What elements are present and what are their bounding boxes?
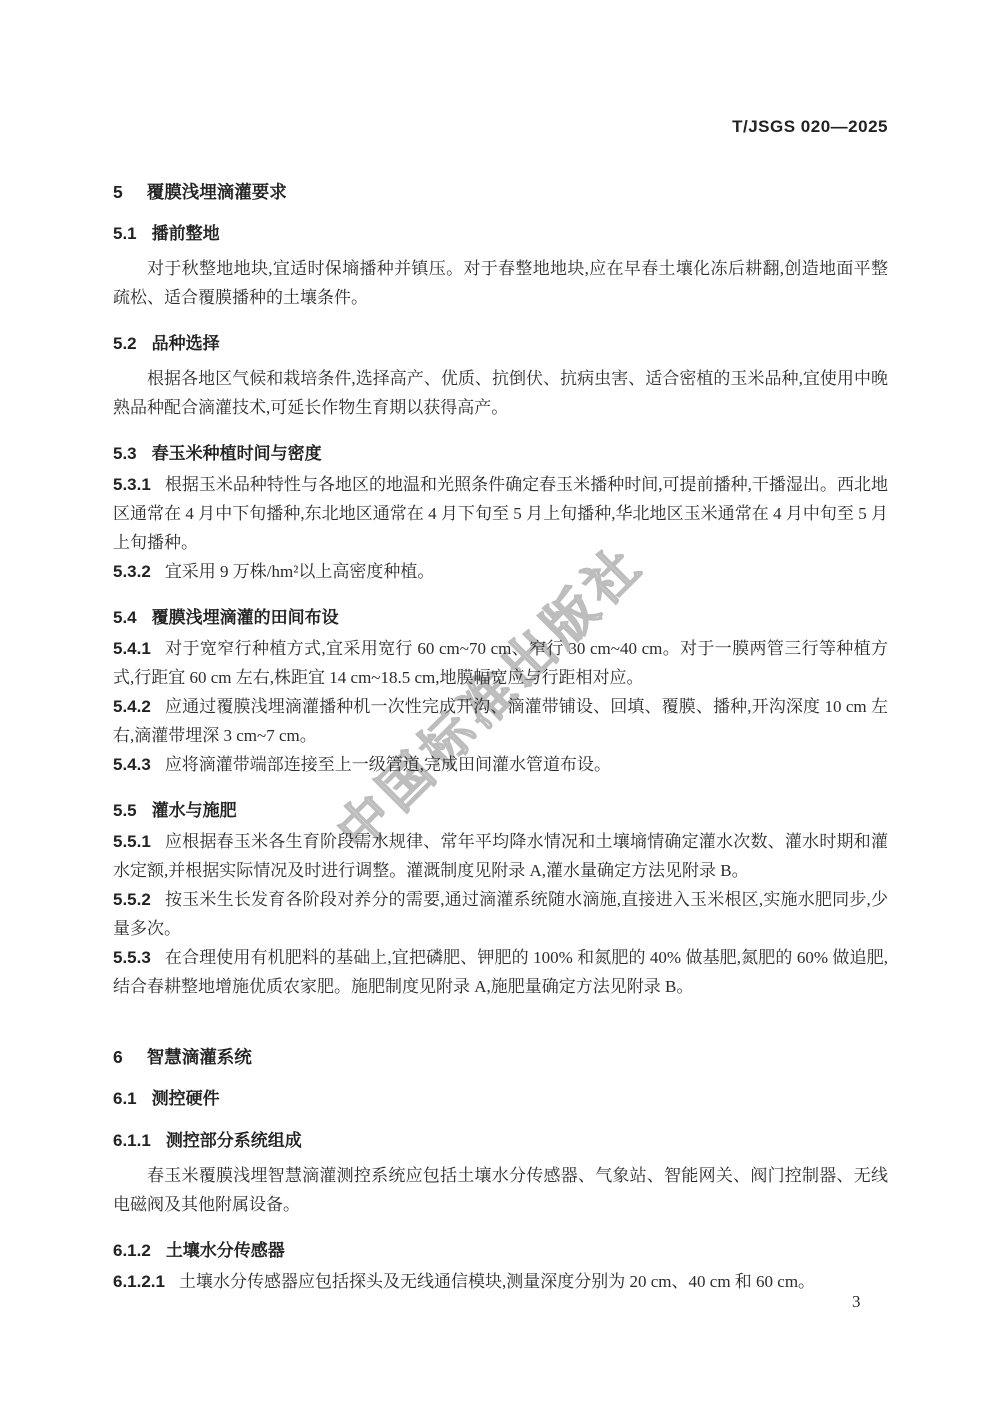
section-number: 5.1 <box>113 224 137 243</box>
clause-number: 5.3.2 <box>113 562 151 581</box>
subsection-number: 6.1.2 <box>113 1241 151 1260</box>
section-number: 6.1 <box>113 1089 137 1108</box>
clause-5-5-3: 5.5.3在合理使用有机肥料的基础上,宜把磷肥、钾肥的 100% 和氮肥的 40… <box>113 943 888 1001</box>
section-heading-5-5: 5.5灌水与施肥 <box>113 801 888 821</box>
chapter-heading-6: 6智慧滴灌系统 <box>113 1047 888 1067</box>
clause-number: 5.4.2 <box>113 697 151 716</box>
clause-5-3-2: 5.3.2宜采用 9 万株/hm²以上高密度种植。 <box>113 557 888 586</box>
chapter-heading-5: 5覆膜浅埋滴灌要求 <box>113 182 888 202</box>
section-title: 测控硬件 <box>152 1089 220 1108</box>
section-heading-5-4: 5.4覆膜浅埋滴灌的田间布设 <box>113 608 888 628</box>
subsection-heading-6-1-2: 6.1.2土壤水分传感器 <box>113 1241 888 1261</box>
standard-number-header: T/JSGS 020—2025 <box>113 118 888 136</box>
clause-number: 5.4.3 <box>113 755 151 774</box>
subsection-number: 6.1.1 <box>113 1131 151 1150</box>
clause-text: 对于宽窄行种植方式,宜采用宽行 60 cm~70 cm、窄行 30 cm~40 … <box>113 639 888 687</box>
clause-5-4-1: 5.4.1对于宽窄行种植方式,宜采用宽行 60 cm~70 cm、窄行 30 c… <box>113 634 888 692</box>
clause-5-3-1: 5.3.1根据玉米品种特性与各地区的地温和光照条件确定春玉米播种时间,可提前播种… <box>113 470 888 557</box>
subsection-heading-6-1-1: 6.1.1测控部分系统组成 <box>113 1131 888 1151</box>
clause-5-4-3: 5.4.3应将滴灌带端部连接至上一级管道,完成田间灌水管道布设。 <box>113 750 888 779</box>
section-number: 5.5 <box>113 801 137 820</box>
section-title: 覆膜浅埋滴灌的田间布设 <box>152 608 339 627</box>
clause-number: 5.5.2 <box>113 890 151 909</box>
chapter-number: 5 <box>113 182 123 202</box>
section-heading-5-3: 5.3春玉米种植时间与密度 <box>113 444 888 464</box>
clause-number: 6.1.2.1 <box>113 1272 165 1291</box>
paragraph: 春玉米覆膜浅埋智慧滴灌测控系统应包括土壤水分传感器、气象站、智能网关、阀门控制器… <box>113 1161 888 1219</box>
section-heading-5-2: 5.2品种选择 <box>113 334 888 354</box>
section-number: 5.2 <box>113 334 137 353</box>
clause-text: 应将滴灌带端部连接至上一级管道,完成田间灌水管道布设。 <box>165 755 611 774</box>
clause-text: 按玉米生长发育各阶段对养分的需要,通过滴灌系统随水滴施,直接进入玉米根区,实施水… <box>113 890 888 938</box>
clause-text: 宜采用 9 万株/hm²以上高密度种植。 <box>165 562 435 581</box>
clause-number: 5.5.3 <box>113 948 151 967</box>
section-number: 5.3 <box>113 444 137 463</box>
section-title: 播前整地 <box>152 224 220 243</box>
chapter-title: 覆膜浅埋滴灌要求 <box>147 182 287 202</box>
clause-6-1-2-1: 6.1.2.1土壤水分传感器应包括探头及无线通信模块,测量深度分别为 20 cm… <box>113 1267 888 1296</box>
clause-5-5-2: 5.5.2按玉米生长发育各阶段对养分的需要,通过滴灌系统随水滴施,直接进入玉米根… <box>113 885 888 943</box>
subsection-title: 土壤水分传感器 <box>166 1241 285 1260</box>
document-page: T/JSGS 020—2025 5覆膜浅埋滴灌要求 5.1播前整地 对于秋整地地… <box>0 0 992 1403</box>
section-title: 品种选择 <box>152 334 220 353</box>
clause-text: 应根据春玉米各生育阶段需水规律、常年平均降水情况和土壤墒情确定灌水次数、灌水时期… <box>113 832 888 880</box>
clause-text: 应通过覆膜浅埋滴灌播种机一次性完成开沟、滴灌带铺设、回填、覆膜、播种,开沟深度 … <box>113 697 888 745</box>
clause-text: 根据玉米品种特性与各地区的地温和光照条件确定春玉米播种时间,可提前播种,干播湿出… <box>113 475 888 552</box>
section-heading-5-1: 5.1播前整地 <box>113 224 888 244</box>
section-heading-6-1: 6.1测控硬件 <box>113 1089 888 1109</box>
clause-text: 在合理使用有机肥料的基础上,宜把磷肥、钾肥的 100% 和氮肥的 40% 做基肥… <box>113 948 888 996</box>
section-title: 灌水与施肥 <box>152 801 237 820</box>
subsection-title: 测控部分系统组成 <box>166 1131 302 1150</box>
clause-number: 5.3.1 <box>113 475 151 494</box>
clause-text: 土壤水分传感器应包括探头及无线通信模块,测量深度分别为 20 cm、40 cm … <box>179 1272 815 1291</box>
section-title: 春玉米种植时间与密度 <box>152 444 322 463</box>
chapter-title: 智慧滴灌系统 <box>147 1047 252 1067</box>
chapter-number: 6 <box>113 1047 123 1067</box>
clause-5-4-2: 5.4.2应通过覆膜浅埋滴灌播种机一次性完成开沟、滴灌带铺设、回填、覆膜、播种,… <box>113 692 888 750</box>
clause-5-5-1: 5.5.1应根据春玉米各生育阶段需水规律、常年平均降水情况和土壤墒情确定灌水次数… <box>113 827 888 885</box>
clause-number: 5.4.1 <box>113 639 151 658</box>
section-number: 5.4 <box>113 608 137 627</box>
paragraph: 根据各地区气候和栽培条件,选择高产、优质、抗倒伏、抗病虫害、适合密植的玉米品种,… <box>113 364 888 422</box>
clause-number: 5.5.1 <box>113 832 151 851</box>
paragraph: 对于秋整地地块,宜适时保墒播种并镇压。对于春整地地块,应在早春土壤化冻后耕翻,创… <box>113 254 888 312</box>
